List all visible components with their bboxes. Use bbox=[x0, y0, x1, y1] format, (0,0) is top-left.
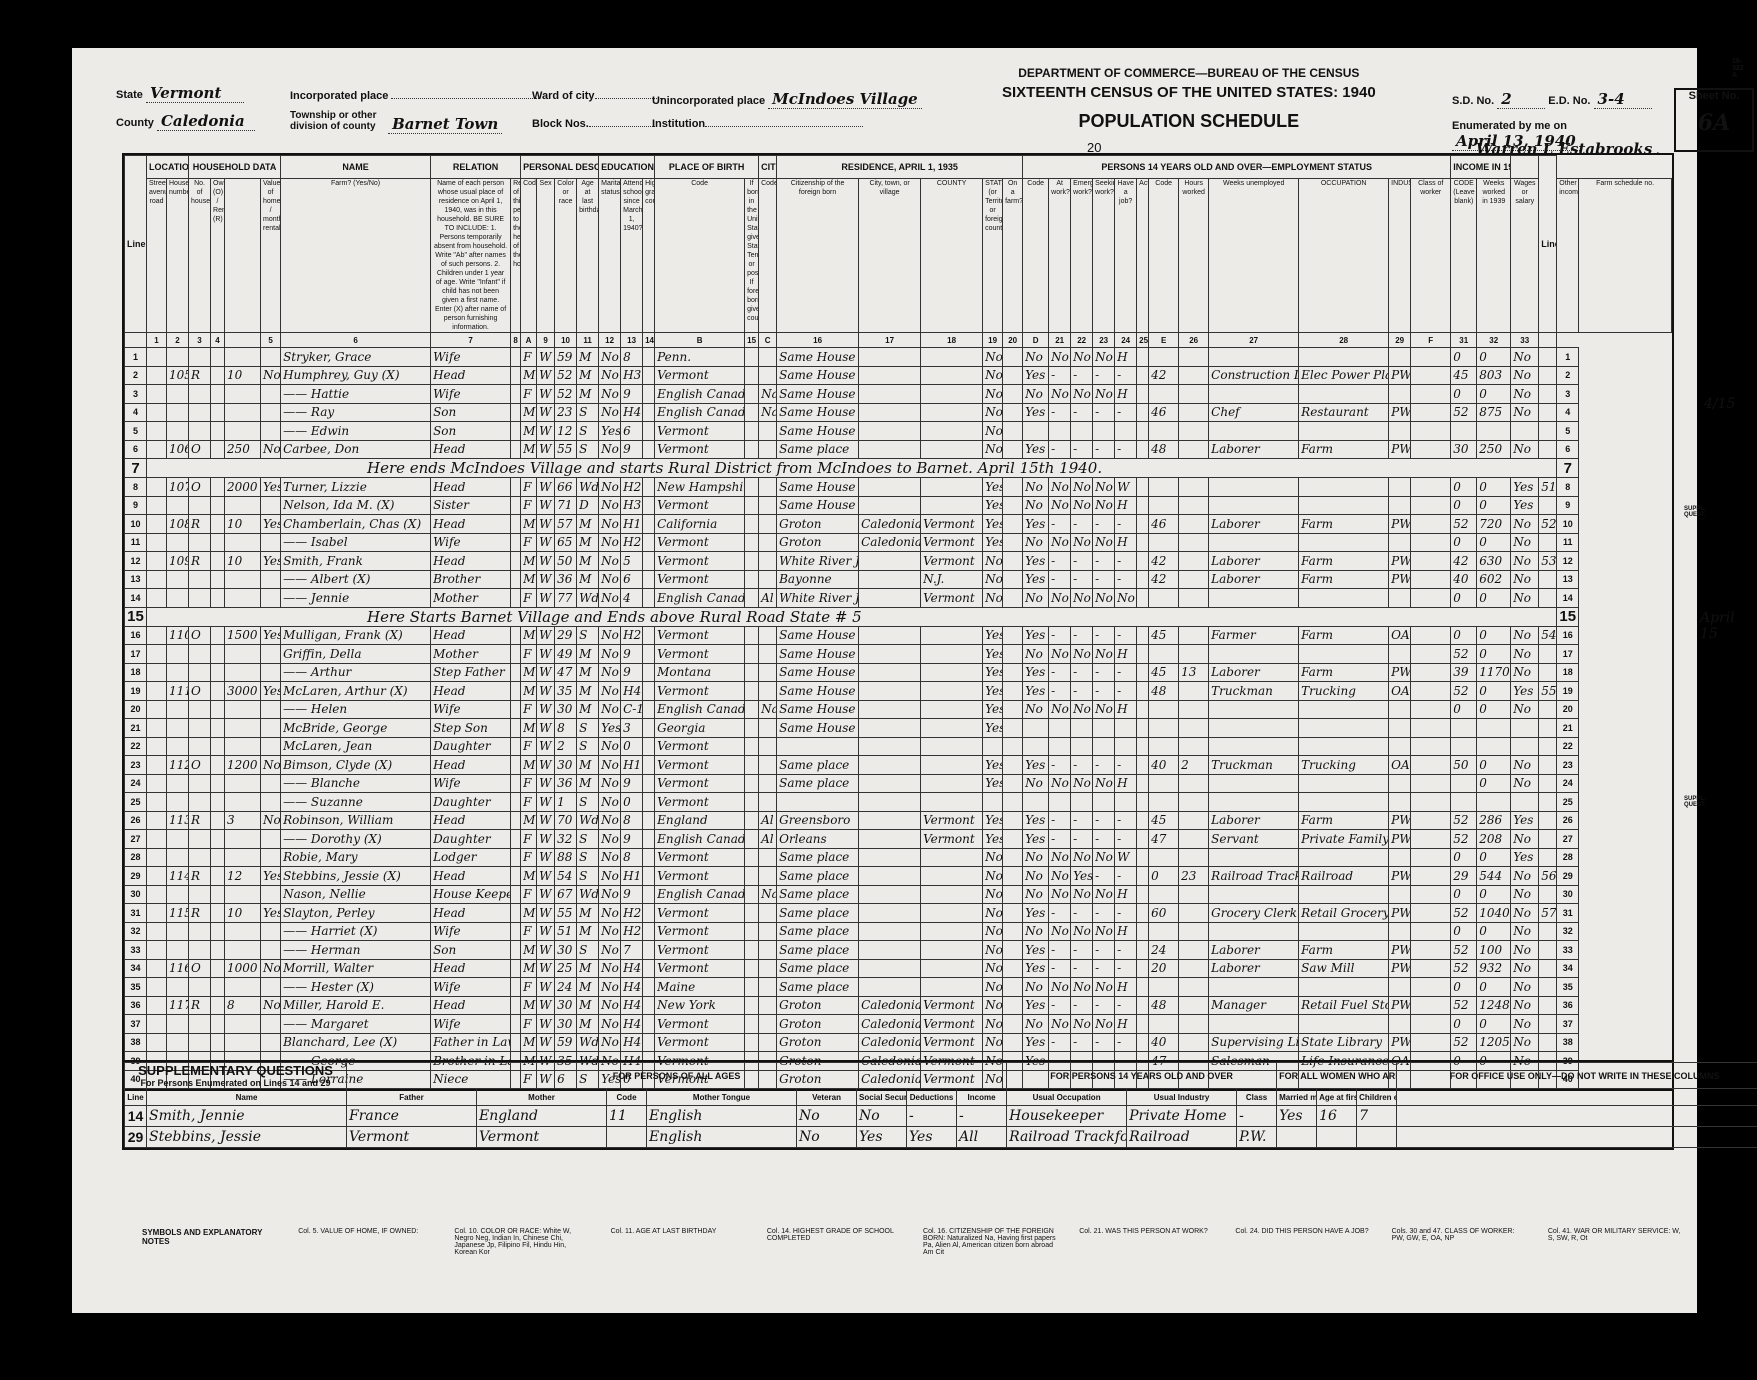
cell-dwell bbox=[167, 830, 189, 849]
cell-grade: H1 bbox=[621, 867, 643, 886]
note-color: Col. 10. COLOR OR RACE: White W, Negro N… bbox=[454, 1228, 588, 1256]
cell-farm35: No bbox=[983, 385, 1003, 404]
cell-job: No bbox=[1093, 1015, 1115, 1034]
cell-hours: 45 bbox=[1149, 663, 1179, 682]
cell-birth: English Canadian bbox=[655, 885, 745, 904]
cell-act: - bbox=[1115, 830, 1137, 849]
cell-weeks: 0 bbox=[1451, 385, 1477, 404]
line-number: 27 bbox=[125, 830, 147, 849]
cell-wages: 1205 bbox=[1477, 1033, 1511, 1052]
cell-own bbox=[189, 422, 211, 441]
line-number: 33 bbox=[125, 941, 147, 960]
supplementary-title: SUPPLEMENTARY QUESTIONS bbox=[127, 1063, 344, 1078]
cell-name: —— Albert (X) bbox=[281, 570, 431, 589]
cell-work: Yes bbox=[1023, 996, 1049, 1015]
cell-ind: Private Family bbox=[1299, 830, 1389, 849]
cell-farmsch: 54 bbox=[1539, 626, 1557, 645]
cell-dwell bbox=[167, 1033, 189, 1052]
cell-occ: Railroad Trackforeman bbox=[1209, 867, 1299, 886]
line-number-right: 27 bbox=[1557, 830, 1579, 849]
cell-value bbox=[225, 774, 261, 793]
cell-cls bbox=[1389, 737, 1411, 756]
cell-school: Yes bbox=[599, 422, 621, 441]
cell-age: 30 bbox=[555, 941, 577, 960]
line-number: 4 bbox=[125, 403, 147, 422]
cell-farm35: No bbox=[983, 996, 1003, 1015]
cell-dwell bbox=[167, 422, 189, 441]
cell-cit bbox=[759, 1015, 777, 1034]
cell-emerg: No bbox=[1049, 533, 1071, 552]
cell-job: - bbox=[1093, 663, 1115, 682]
line-number-right: 3 bbox=[1557, 385, 1579, 404]
township-value: Barnet Town bbox=[388, 115, 502, 134]
cell-ms: M bbox=[577, 1015, 599, 1034]
cell-own bbox=[189, 737, 211, 756]
suppl-quest-marker-29: SUPPL. QUEST. bbox=[1684, 796, 1706, 808]
name-instructions: Name of each person whose usual place of… bbox=[431, 179, 511, 333]
cell-farm bbox=[261, 1015, 281, 1034]
cell-ind bbox=[1299, 719, 1389, 738]
cell-value: 8 bbox=[225, 996, 261, 1015]
cell-sex: M bbox=[521, 570, 537, 589]
cell-seek: - bbox=[1071, 959, 1093, 978]
cell-race: W bbox=[537, 811, 555, 830]
cell-weeks: 52 bbox=[1451, 645, 1477, 664]
cell-ind: Railroad bbox=[1299, 867, 1389, 886]
cell-act: - bbox=[1115, 552, 1137, 571]
cell-wages: 0 bbox=[1477, 848, 1511, 867]
cell-wages: 0 bbox=[1477, 885, 1511, 904]
cell-state bbox=[921, 959, 983, 978]
cell-grade: H2 bbox=[621, 922, 643, 941]
cell-res: Same place bbox=[777, 756, 859, 775]
cell-weeks: 0 bbox=[1451, 885, 1477, 904]
cell-seek: No bbox=[1071, 496, 1093, 515]
cell-farm bbox=[261, 403, 281, 422]
cell-weeks bbox=[1451, 719, 1477, 738]
cell-age: 49 bbox=[555, 645, 577, 664]
cell-job bbox=[1093, 422, 1115, 441]
cell-job: No bbox=[1093, 496, 1115, 515]
cell-school: No bbox=[599, 515, 621, 534]
line-number: 16 bbox=[125, 626, 147, 645]
cell-state: Vermont bbox=[921, 830, 983, 849]
cell-job: - bbox=[1093, 996, 1115, 1015]
cell-weeks: 0 bbox=[1451, 348, 1477, 367]
cell-farm bbox=[261, 1033, 281, 1052]
incorporated-place-field: Incorporated place bbox=[290, 90, 539, 102]
cell-unemp bbox=[1179, 793, 1209, 812]
cell-state bbox=[921, 978, 983, 997]
census-row: 22McLaren, JeanDaughterFW2SNo0Vermont22 bbox=[125, 737, 1672, 756]
cell-cit bbox=[759, 496, 777, 515]
cell-county bbox=[859, 366, 921, 385]
cell-work: No bbox=[1023, 385, 1049, 404]
cell-ms: M bbox=[577, 978, 599, 997]
line-number: 6 bbox=[125, 440, 147, 459]
cell-age: 23 bbox=[555, 403, 577, 422]
cell-own: O bbox=[189, 959, 211, 978]
cell-value bbox=[225, 700, 261, 719]
cell-res: Same place bbox=[777, 959, 859, 978]
cell-ms: S bbox=[577, 737, 599, 756]
cell-race: W bbox=[537, 682, 555, 701]
cell-rel: Father in Law bbox=[431, 1033, 511, 1052]
cell-cit bbox=[759, 682, 777, 701]
cell-birth: Vermont bbox=[655, 774, 745, 793]
cell-other: Yes bbox=[1511, 848, 1539, 867]
line-number-right: 8 bbox=[1557, 478, 1579, 497]
cell-wages: 720 bbox=[1477, 515, 1511, 534]
cell-seek: No bbox=[1071, 478, 1093, 497]
cell-act: H bbox=[1115, 885, 1137, 904]
cell-occ: Laborer bbox=[1209, 570, 1299, 589]
cell-occ: Servant bbox=[1209, 830, 1299, 849]
cell-name: Robinson, William bbox=[281, 811, 431, 830]
cell-grade: 4 bbox=[621, 589, 643, 608]
cell-cls: PW bbox=[1389, 440, 1411, 459]
cell-work: No bbox=[1023, 478, 1049, 497]
cell-race: W bbox=[537, 589, 555, 608]
cell-cit: Na bbox=[759, 403, 777, 422]
cell-ind: Elec Power Plant bbox=[1299, 366, 1389, 385]
cell-farmsch: 52 bbox=[1539, 515, 1557, 534]
cell-cit bbox=[759, 793, 777, 812]
cell-other: No bbox=[1511, 1033, 1539, 1052]
cell-unemp: 2 bbox=[1179, 756, 1209, 775]
cell-school: No bbox=[599, 830, 621, 849]
cell-state bbox=[921, 756, 983, 775]
cell-weeks: 0 bbox=[1451, 533, 1477, 552]
cell-rel: Head bbox=[431, 366, 511, 385]
cell-grade: 8 bbox=[621, 348, 643, 367]
cell-school: No bbox=[599, 626, 621, 645]
cell-rel: Lodger bbox=[431, 848, 511, 867]
cell-farmsch bbox=[1539, 403, 1557, 422]
cell-emerg: - bbox=[1049, 403, 1071, 422]
cell-other: No bbox=[1511, 570, 1539, 589]
line-number-right: 26 bbox=[1557, 811, 1579, 830]
cell-occ: Laborer bbox=[1209, 663, 1299, 682]
cell-occ: Laborer bbox=[1209, 552, 1299, 571]
cell-emerg: No bbox=[1049, 1015, 1071, 1034]
cell-cls: PW bbox=[1389, 830, 1411, 849]
cell-value: 1200 bbox=[225, 756, 261, 775]
cell-cls: OA bbox=[1389, 682, 1411, 701]
cell-res: Groton bbox=[777, 1033, 859, 1052]
cell-dwell bbox=[167, 348, 189, 367]
cell-county: Caledonia bbox=[859, 1015, 921, 1034]
line-number: 5 bbox=[125, 422, 147, 441]
cell-state bbox=[921, 626, 983, 645]
cell-state: Vermont bbox=[921, 552, 983, 571]
cell-cit bbox=[759, 978, 777, 997]
cell-occ: Chef bbox=[1209, 403, 1299, 422]
cell-age: 30 bbox=[555, 1015, 577, 1034]
cell-seek bbox=[1071, 422, 1093, 441]
line-number-right: 11 bbox=[1557, 533, 1579, 552]
cell-value: 10 bbox=[225, 515, 261, 534]
cell-act: H bbox=[1115, 533, 1137, 552]
cell-other: No bbox=[1511, 996, 1539, 1015]
cell-sex: M bbox=[521, 422, 537, 441]
cell-hours: 60 bbox=[1149, 904, 1179, 923]
cell-age: 88 bbox=[555, 848, 577, 867]
cell-state bbox=[921, 904, 983, 923]
cell-grade: 0 bbox=[621, 793, 643, 812]
cell-school: No bbox=[599, 403, 621, 422]
cell-state: Vermont bbox=[921, 589, 983, 608]
cell-birth: English Canada bbox=[655, 589, 745, 608]
cell-farm35: Yes bbox=[983, 756, 1003, 775]
cell-work: No bbox=[1023, 700, 1049, 719]
cell-hours: 42 bbox=[1149, 552, 1179, 571]
cell-act: - bbox=[1115, 1033, 1137, 1052]
cell-state: Vermont bbox=[921, 1015, 983, 1034]
cell-race: W bbox=[537, 830, 555, 849]
cell-ms: M bbox=[577, 533, 599, 552]
census-row: 34116O1000NoMorrill, WalterHeadMW25MNoH4… bbox=[125, 959, 1672, 978]
cell-rel: House Keeper bbox=[431, 885, 511, 904]
cell-grade: H4 bbox=[621, 996, 643, 1015]
cell-farm35: Yes bbox=[983, 496, 1003, 515]
census-row: 38Blanchard, Lee (X)Father in LawMW59WdN… bbox=[125, 1033, 1672, 1052]
cell-farmsch bbox=[1539, 1015, 1557, 1034]
cell-unemp bbox=[1179, 811, 1209, 830]
cell-grade: 8 bbox=[621, 811, 643, 830]
cell-race: W bbox=[537, 645, 555, 664]
cell-school: No bbox=[599, 959, 621, 978]
cell-seek: - bbox=[1071, 440, 1093, 459]
line-number: 32 bbox=[125, 922, 147, 941]
cell-hours bbox=[1149, 719, 1179, 738]
cell-age: 29 bbox=[555, 626, 577, 645]
cell-value bbox=[225, 978, 261, 997]
cell-rel: Wife bbox=[431, 385, 511, 404]
cell-cit bbox=[759, 737, 777, 756]
line-number-right: 34 bbox=[1557, 959, 1579, 978]
cell-res: Same House bbox=[777, 366, 859, 385]
cell-farmsch bbox=[1539, 848, 1557, 867]
cell-rel: Head bbox=[431, 440, 511, 459]
census-row: 16110O1500YesMulligan, Frank (X)HeadMW29… bbox=[125, 626, 1672, 645]
cell-other: No bbox=[1511, 700, 1539, 719]
cell-dwell: 107 bbox=[167, 478, 189, 497]
cell-birth: Vermont bbox=[655, 848, 745, 867]
cell-ms: Wd bbox=[577, 478, 599, 497]
annotation-note: Here ends McIndoes Village and starts Ru… bbox=[147, 459, 1557, 478]
cell-hours bbox=[1149, 793, 1179, 812]
cell-hours: 46 bbox=[1149, 403, 1179, 422]
cell-school: No bbox=[599, 589, 621, 608]
cell-cls: PW bbox=[1389, 959, 1411, 978]
census-row: 21McBride, GeorgeStep SonMW8SYes3Georgia… bbox=[125, 719, 1672, 738]
cell-school: No bbox=[599, 756, 621, 775]
cell-weeks: 29 bbox=[1451, 867, 1477, 886]
cell-cls bbox=[1389, 700, 1411, 719]
cell-race: W bbox=[537, 422, 555, 441]
cell-emerg: - bbox=[1049, 366, 1071, 385]
cell-cls bbox=[1389, 348, 1411, 367]
cell-work bbox=[1023, 737, 1049, 756]
cell-rel: Son bbox=[431, 403, 511, 422]
cell-emerg: - bbox=[1049, 682, 1071, 701]
cell-job: - bbox=[1093, 904, 1115, 923]
cell-farm35: No bbox=[983, 848, 1003, 867]
cell-act: - bbox=[1115, 440, 1137, 459]
line-number-right: 22 bbox=[1557, 737, 1579, 756]
cell-seek: - bbox=[1071, 626, 1093, 645]
cell-ms: S bbox=[577, 941, 599, 960]
cell-ind: Saw Mill bbox=[1299, 959, 1389, 978]
cell-dwell bbox=[167, 719, 189, 738]
state-field: State Vermont bbox=[116, 84, 244, 103]
cell-hours bbox=[1149, 589, 1179, 608]
cell-county bbox=[859, 348, 921, 367]
cell-value: 10 bbox=[225, 552, 261, 571]
cell-occ: Supervising Librarian bbox=[1209, 1033, 1299, 1052]
cell-seek bbox=[1071, 793, 1093, 812]
cell-dwell bbox=[167, 385, 189, 404]
cell-school: No bbox=[599, 774, 621, 793]
cell-other: No bbox=[1511, 959, 1539, 978]
cell-school: No bbox=[599, 848, 621, 867]
cell-hours bbox=[1149, 1015, 1179, 1034]
cell-emerg bbox=[1049, 422, 1071, 441]
cell-work: No bbox=[1023, 867, 1049, 886]
cell-birth: Vermont bbox=[655, 496, 745, 515]
cell-wages: 0 bbox=[1477, 645, 1511, 664]
cell-name: —— Arthur bbox=[281, 663, 431, 682]
cell-value bbox=[225, 737, 261, 756]
cell-unemp bbox=[1179, 515, 1209, 534]
section-personal: PERSONAL DESCRIPTION bbox=[521, 156, 599, 179]
cell-age: 71 bbox=[555, 496, 577, 515]
cell-res: Orleans bbox=[777, 830, 859, 849]
cell-seek: - bbox=[1071, 904, 1093, 923]
cell-cls: OA bbox=[1389, 626, 1411, 645]
cell-res: Same House bbox=[777, 403, 859, 422]
cell-hours bbox=[1149, 978, 1179, 997]
cell-grade: 9 bbox=[621, 663, 643, 682]
cell-name: —— Isabel bbox=[281, 533, 431, 552]
cell-work: Yes bbox=[1023, 904, 1049, 923]
cell-occ bbox=[1209, 793, 1299, 812]
cell-weeks: 0 bbox=[1451, 496, 1477, 515]
cell-farmsch bbox=[1539, 885, 1557, 904]
cell-dwell bbox=[167, 700, 189, 719]
cell-race: W bbox=[537, 885, 555, 904]
cell-name: Miller, Harold E. bbox=[281, 996, 431, 1015]
cell-weeks: 0 bbox=[1451, 626, 1477, 645]
cell-weeks: 52 bbox=[1451, 904, 1477, 923]
cell-farm35: Yes bbox=[983, 830, 1003, 849]
cell-dwell: 117 bbox=[167, 996, 189, 1015]
cell-dwell: 111 bbox=[167, 682, 189, 701]
line-number-right: 17 bbox=[1557, 645, 1579, 664]
cell-ms: M bbox=[577, 959, 599, 978]
cell-ind: Restaurant bbox=[1299, 403, 1389, 422]
cell-farm bbox=[261, 830, 281, 849]
cell-name: Humphrey, Guy (X) bbox=[281, 366, 431, 385]
section-location: LOCATION bbox=[147, 156, 189, 179]
cell-hours: 24 bbox=[1149, 941, 1179, 960]
cell-occ: Laborer bbox=[1209, 811, 1299, 830]
cell-farm bbox=[261, 941, 281, 960]
cell-other: No bbox=[1511, 830, 1539, 849]
line-number-right: 2 bbox=[1557, 366, 1579, 385]
cell-race: W bbox=[537, 922, 555, 941]
cell-farm: Yes bbox=[261, 904, 281, 923]
cell-rel: Head bbox=[431, 552, 511, 571]
line-number: 31 bbox=[125, 904, 147, 923]
cell-county: Caledonia bbox=[859, 996, 921, 1015]
cell-county bbox=[859, 904, 921, 923]
cell-occ bbox=[1209, 885, 1299, 904]
cell-birth: English Canadian bbox=[655, 830, 745, 849]
cell-res: Same House bbox=[777, 385, 859, 404]
cell-job: - bbox=[1093, 515, 1115, 534]
cell-ms: S bbox=[577, 848, 599, 867]
cell-ms: M bbox=[577, 663, 599, 682]
cell-name: —— Suzanne bbox=[281, 793, 431, 812]
cell-rel: Wife bbox=[431, 700, 511, 719]
cell-farmsch bbox=[1539, 366, 1557, 385]
cell-occ bbox=[1209, 774, 1299, 793]
cell-grade: 6 bbox=[621, 422, 643, 441]
cell-emerg: No bbox=[1049, 867, 1071, 886]
cell-work: No bbox=[1023, 589, 1049, 608]
cell-job bbox=[1093, 793, 1115, 812]
sheet-number: 6A bbox=[1676, 110, 1752, 136]
cell-cit bbox=[759, 440, 777, 459]
cell-rel: Head bbox=[431, 867, 511, 886]
cell-value: 3 bbox=[225, 811, 261, 830]
cell-hours bbox=[1149, 385, 1179, 404]
line-number: 15 bbox=[125, 607, 147, 626]
line-number-right: 21 bbox=[1557, 719, 1579, 738]
cell-sex: F bbox=[521, 830, 537, 849]
cell-school: No bbox=[599, 885, 621, 904]
cell-sex: M bbox=[521, 682, 537, 701]
cell-other: No bbox=[1511, 403, 1539, 422]
line-number-right: 25 bbox=[1557, 793, 1579, 812]
cell-rel: Head bbox=[431, 811, 511, 830]
line-number: 29 bbox=[125, 867, 147, 886]
cell-state bbox=[921, 922, 983, 941]
cell-emerg: - bbox=[1049, 440, 1071, 459]
cell-weeks bbox=[1451, 737, 1477, 756]
cell-sex: M bbox=[521, 663, 537, 682]
cell-sex: F bbox=[521, 533, 537, 552]
cell-county bbox=[859, 885, 921, 904]
line-number: 13 bbox=[125, 570, 147, 589]
cell-unemp bbox=[1179, 533, 1209, 552]
section-name: NAME bbox=[281, 156, 431, 179]
cell-cit bbox=[759, 366, 777, 385]
census-row: 1Stryker, GraceWifeFW59MNo8Penn.Same Hou… bbox=[125, 348, 1672, 367]
cell-emerg: No bbox=[1049, 700, 1071, 719]
cell-wages: 1248 bbox=[1477, 996, 1511, 1015]
cell-seek: No bbox=[1071, 385, 1093, 404]
supp-over-14: FOR PERSONS 14 YEARS OLD AND OVER bbox=[1007, 1063, 1277, 1089]
note-grade: Col. 14. HIGHEST GRADE OF SCHOOL COMPLET… bbox=[767, 1228, 901, 1256]
cell-ind: Trucking bbox=[1299, 756, 1389, 775]
line-number-right: 7 bbox=[1557, 459, 1579, 478]
line-number-right: 16 bbox=[1557, 626, 1579, 645]
cell-emerg: No bbox=[1049, 848, 1071, 867]
census-row: 9Nelson, Ida M. (X)SisterFW71DNoH3Vermon… bbox=[125, 496, 1672, 515]
